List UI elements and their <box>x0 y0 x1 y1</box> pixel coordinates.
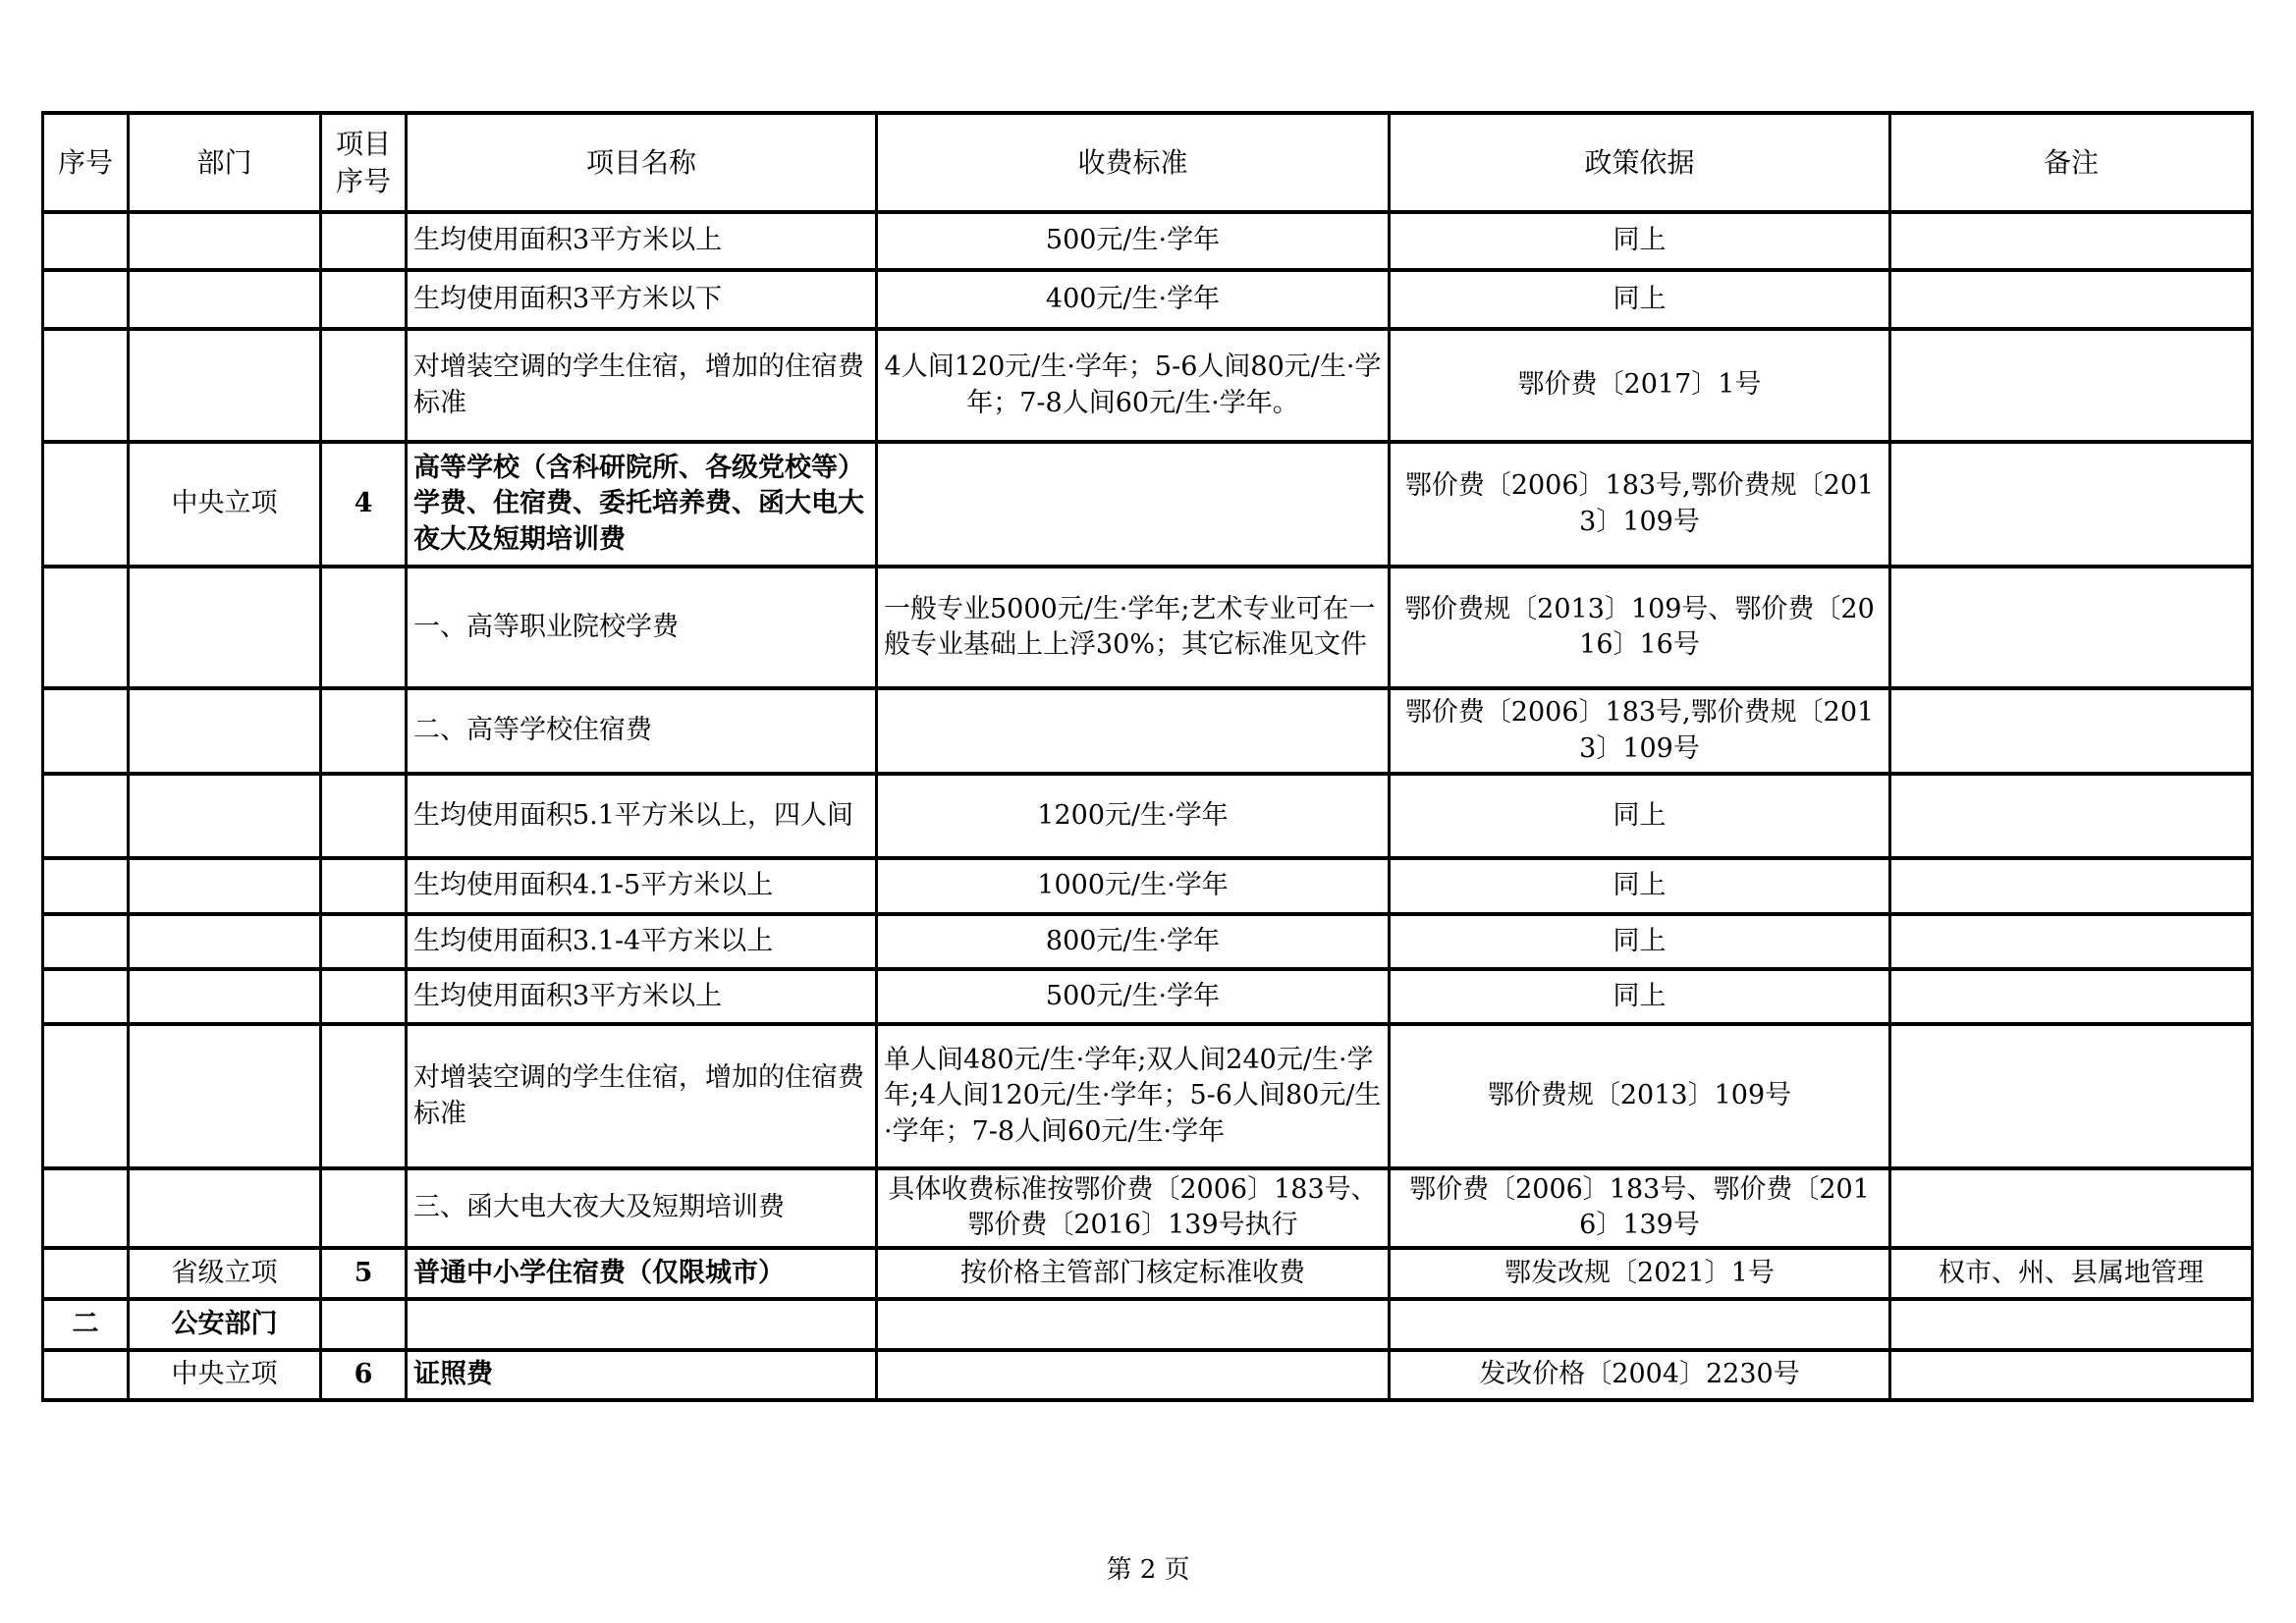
table-cell: 4人间120元/生·学年；5-6人间80元/生·学年；7-8人间60元/生·学年… <box>877 329 1390 442</box>
table-cell <box>1890 1024 2253 1168</box>
table-cell: 生均使用面积4.1-5平方米以上 <box>407 858 877 914</box>
table-cell: 普通中小学住宿费（仅限城市） <box>407 1248 877 1299</box>
table-cell: 中央立项 <box>129 1350 321 1400</box>
table-cell <box>129 914 321 969</box>
table-cell <box>43 969 129 1024</box>
table-cell <box>129 329 321 442</box>
table-cell: 证照费 <box>407 1350 877 1400</box>
table-cell <box>43 1168 129 1248</box>
table-row: 对增装空调的学生住宿，增加的住宿费标准4人间120元/生·学年；5-6人间80元… <box>43 329 2253 442</box>
table-cell: 500元/生·学年 <box>877 969 1390 1024</box>
column-header: 政策依据 <box>1390 113 1890 212</box>
table-row: 中央立项6证照费发改价格〔2004〕2230号 <box>43 1350 2253 1400</box>
table-cell <box>877 442 1390 567</box>
table-cell <box>321 329 407 442</box>
table-row: 生均使用面积5.1平方米以上，四人间1200元/生·学年同上 <box>43 774 2253 858</box>
table-cell: 公安部门 <box>129 1299 321 1350</box>
table-cell <box>877 688 1390 774</box>
table-row: 生均使用面积3平方米以下400元/生·学年同上 <box>43 270 2253 329</box>
table-cell: 具体收费标准按鄂价费〔2006〕183号、鄂价费〔2016〕139号执行 <box>877 1168 1390 1248</box>
table-cell <box>43 442 129 567</box>
table-cell: 生均使用面积5.1平方米以上，四人间 <box>407 774 877 858</box>
table-cell <box>1890 567 2253 688</box>
table-cell <box>43 914 129 969</box>
table-cell <box>1890 212 2253 270</box>
table-row: 省级立项5普通中小学住宿费（仅限城市）按价格主管部门核定标准收费鄂发改规〔202… <box>43 1248 2253 1299</box>
table-cell: 4 <box>321 442 407 567</box>
table-cell <box>129 270 321 329</box>
table-cell <box>43 567 129 688</box>
table-cell: 生均使用面积3平方米以下 <box>407 270 877 329</box>
table-cell: 400元/生·学年 <box>877 270 1390 329</box>
table-cell <box>321 688 407 774</box>
column-header: 项目序号 <box>321 113 407 212</box>
table-cell: 发改价格〔2004〕2230号 <box>1390 1350 1890 1400</box>
table-cell <box>1890 774 2253 858</box>
column-header: 收费标准 <box>877 113 1390 212</box>
table-row: 二公安部门 <box>43 1299 2253 1350</box>
table-cell <box>129 1024 321 1168</box>
table-cell <box>43 212 129 270</box>
table-cell: 二、高等学校住宿费 <box>407 688 877 774</box>
table-cell: 鄂价费〔2006〕183号、鄂价费〔2016〕139号 <box>1390 1168 1890 1248</box>
table-cell: 权市、州、县属地管理 <box>1890 1248 2253 1299</box>
table-cell: 同上 <box>1390 969 1890 1024</box>
table-cell <box>1890 688 2253 774</box>
column-header: 备注 <box>1890 113 2253 212</box>
table-row: 生均使用面积3.1-4平方米以上800元/生·学年同上 <box>43 914 2253 969</box>
table-cell: 同上 <box>1390 914 1890 969</box>
table-cell <box>321 1168 407 1248</box>
table-cell <box>1890 329 2253 442</box>
table-header: 序号部门项目序号项目名称收费标准政策依据备注 <box>43 113 2253 212</box>
table-cell: 生均使用面积3平方米以上 <box>407 969 877 1024</box>
table-cell: 对增装空调的学生住宿，增加的住宿费标准 <box>407 329 877 442</box>
table-row: 三、函大电大夜大及短期培训费具体收费标准按鄂价费〔2006〕183号、鄂价费〔2… <box>43 1168 2253 1248</box>
table-cell: 按价格主管部门核定标准收费 <box>877 1248 1390 1299</box>
table-cell <box>1890 1168 2253 1248</box>
table-cell: 同上 <box>1390 212 1890 270</box>
table-cell <box>321 969 407 1024</box>
table-cell <box>877 1299 1390 1350</box>
column-header: 部门 <box>129 113 321 212</box>
table-cell <box>129 212 321 270</box>
table-cell: 800元/生·学年 <box>877 914 1390 969</box>
table-cell: 一般专业5000元/生·学年;艺术专业可在一般专业基础上上浮30%；其它标准见文… <box>877 567 1390 688</box>
table-cell: 三、函大电大夜大及短期培训费 <box>407 1168 877 1248</box>
column-header: 序号 <box>43 113 129 212</box>
table-cell: 生均使用面积3平方米以上 <box>407 212 877 270</box>
table-cell <box>43 858 129 914</box>
table-cell: 500元/生·学年 <box>877 212 1390 270</box>
table-cell <box>43 329 129 442</box>
table-cell <box>43 688 129 774</box>
table-cell: 生均使用面积3.1-4平方米以上 <box>407 914 877 969</box>
table-cell <box>321 1299 407 1350</box>
table-cell <box>1890 442 2253 567</box>
table-cell <box>321 858 407 914</box>
fee-schedule-table: 序号部门项目序号项目名称收费标准政策依据备注 生均使用面积3平方米以上500元/… <box>41 111 2254 1402</box>
table-cell <box>43 1248 129 1299</box>
table-cell <box>43 1024 129 1168</box>
table-row: 生均使用面积3平方米以上500元/生·学年同上 <box>43 969 2253 1024</box>
table-cell <box>43 1350 129 1400</box>
table-row: 二、高等学校住宿费鄂价费〔2006〕183号,鄂价费规〔2013〕109号 <box>43 688 2253 774</box>
page-number: 第 2 页 <box>0 1549 2296 1586</box>
table-cell <box>1890 914 2253 969</box>
table-cell <box>129 774 321 858</box>
table-cell: 1200元/生·学年 <box>877 774 1390 858</box>
table-cell: 同上 <box>1390 774 1890 858</box>
table-cell <box>129 858 321 914</box>
table-cell <box>321 270 407 329</box>
table-cell <box>1390 1299 1890 1350</box>
table-cell: 高等学校（含科研院所、各级党校等）学费、住宿费、委托培养费、函大电大夜大及短期培… <box>407 442 877 567</box>
table-cell: 鄂价费规〔2013〕109号 <box>1390 1024 1890 1168</box>
table-row: 生均使用面积4.1-5平方米以上1000元/生·学年同上 <box>43 858 2253 914</box>
header-row: 序号部门项目序号项目名称收费标准政策依据备注 <box>43 113 2253 212</box>
table-cell <box>321 914 407 969</box>
table-cell <box>321 774 407 858</box>
table-cell <box>407 1299 877 1350</box>
table-row: 生均使用面积3平方米以上500元/生·学年同上 <box>43 212 2253 270</box>
table-cell <box>129 1168 321 1248</box>
table-cell: 二 <box>43 1299 129 1350</box>
table-cell: 鄂价费规〔2013〕109号、鄂价费〔2016〕16号 <box>1390 567 1890 688</box>
table-cell: 同上 <box>1390 858 1890 914</box>
table-cell: 鄂价费〔2006〕183号,鄂价费规〔2013〕109号 <box>1390 688 1890 774</box>
table-cell: 鄂发改规〔2021〕1号 <box>1390 1248 1890 1299</box>
table-cell <box>1890 858 2253 914</box>
table-cell: 鄂价费〔2006〕183号,鄂价费规〔2013〕109号 <box>1390 442 1890 567</box>
table-cell <box>1890 969 2253 1024</box>
table-cell <box>877 1350 1390 1400</box>
table-cell: 单人间480元/生·学年;双人间240元/生·学年;4人间120元/生·学年；5… <box>877 1024 1390 1168</box>
table-cell <box>129 969 321 1024</box>
table-cell <box>43 270 129 329</box>
document-page: 序号部门项目序号项目名称收费标准政策依据备注 生均使用面积3平方米以上500元/… <box>0 0 2296 1623</box>
table-row: 对增装空调的学生住宿，增加的住宿费标准单人间480元/生·学年;双人间240元/… <box>43 1024 2253 1168</box>
table-cell: 5 <box>321 1248 407 1299</box>
table-cell: 同上 <box>1390 270 1890 329</box>
table-cell: 6 <box>321 1350 407 1400</box>
table-cell <box>321 212 407 270</box>
table-body: 生均使用面积3平方米以上500元/生·学年同上生均使用面积3平方米以下400元/… <box>43 212 2253 1400</box>
table-row: 一、高等职业院校学费一般专业5000元/生·学年;艺术专业可在一般专业基础上上浮… <box>43 567 2253 688</box>
table-cell: 一、高等职业院校学费 <box>407 567 877 688</box>
table-cell <box>1890 1299 2253 1350</box>
table-cell <box>1890 1350 2253 1400</box>
table-cell <box>321 1024 407 1168</box>
table-cell <box>129 688 321 774</box>
table-cell: 省级立项 <box>129 1248 321 1299</box>
table-row: 中央立项4高等学校（含科研院所、各级党校等）学费、住宿费、委托培养费、函大电大夜… <box>43 442 2253 567</box>
table-cell: 对增装空调的学生住宿，增加的住宿费标准 <box>407 1024 877 1168</box>
table-cell <box>321 567 407 688</box>
column-header: 项目名称 <box>407 113 877 212</box>
table-cell <box>129 567 321 688</box>
table-cell <box>43 774 129 858</box>
table-cell: 鄂价费〔2017〕1号 <box>1390 329 1890 442</box>
table-cell: 1000元/生·学年 <box>877 858 1390 914</box>
table-cell: 中央立项 <box>129 442 321 567</box>
table-cell <box>1890 270 2253 329</box>
